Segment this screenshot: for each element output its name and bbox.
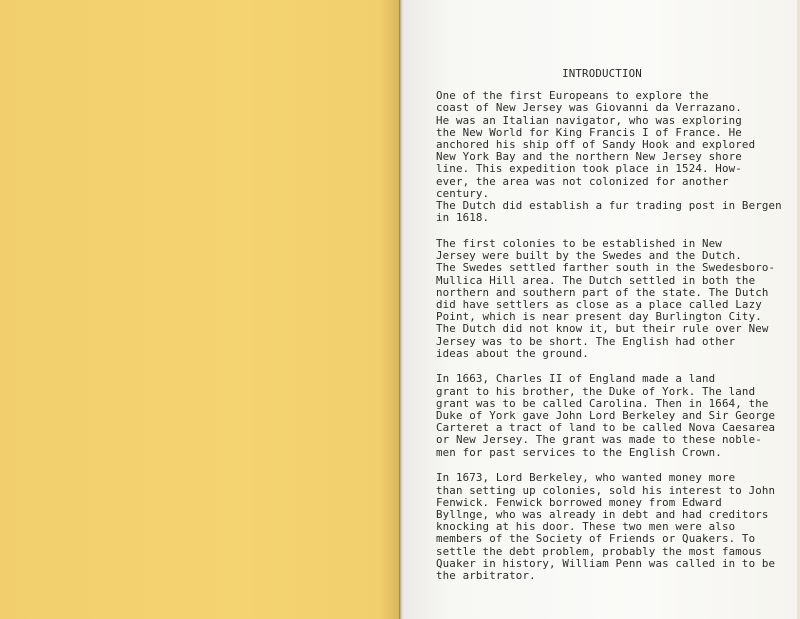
paragraph-land-grant: In 1663, Charles II of England made a la… (436, 373, 786, 458)
left-page-cover (0, 0, 399, 619)
paragraph-verrazano: One of the first Europeans to explore th… (436, 90, 786, 224)
page-title: INTRODUCTION (436, 68, 786, 80)
page-text: INTRODUCTION One of the first Europeans … (436, 62, 786, 596)
paragraph-berkeley-sale: In 1673, Lord Berkeley, who wanted money… (436, 472, 786, 582)
book-spread: INTRODUCTION One of the first Europeans … (0, 0, 800, 619)
paragraph-first-colonies: The first colonies to be established in … (436, 238, 786, 360)
